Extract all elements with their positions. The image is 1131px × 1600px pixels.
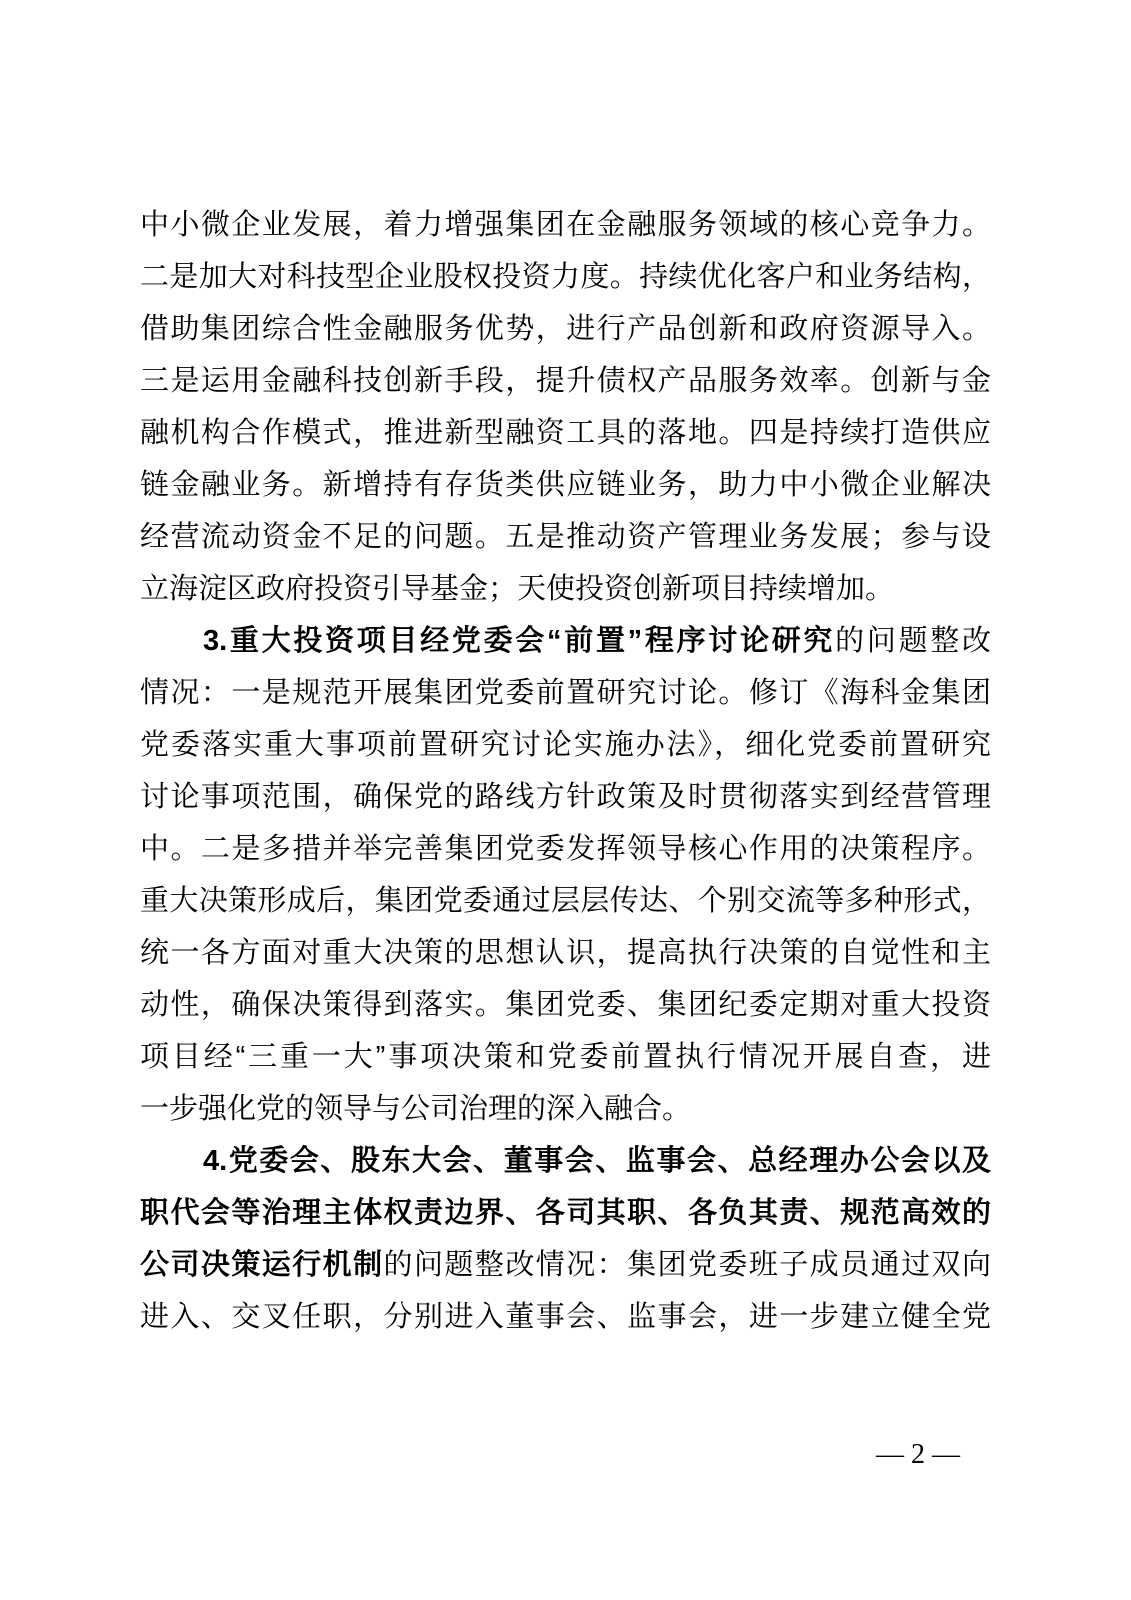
text-segment: 项目经“三重一大”事项决策和党委前置执行情况开展自查，进 [140,1041,991,1073]
section-heading-text: 3.重大投资项目经党委会“前置”程序讨论研究 [203,625,835,657]
text-segment: 进入、交叉任职，分别进入董事会、监事会，进一步建立健全党 [140,1301,991,1333]
body-text-line: 4.党委会、股东大会、董事会、监事会、总经理办公会以及 [140,1135,991,1187]
body-text-line: 职代会等治理主体权责边界、各司其职、各负其责、规范高效的 [140,1187,991,1239]
body-text-line: 经营流动资金不足的问题。五是推动资产管理业务发展；参与设 [140,511,991,563]
text-segment: 重大决策形成后，集团党委通过层层传达、个别交流等多种形式， [140,885,991,917]
text-segment: 统一各方面对重大决策的思想认识，提高执行决策的自觉性和主 [140,937,991,969]
text-segment: 的问题整改情况：集团党委班子成员通过双向 [384,1249,991,1281]
body-text-line: 一步强化党的领导与公司治理的深入融合。 [140,1083,991,1135]
document-page: 中小微企业发展，着力增强集团在金融服务领域的核心竞争力。 二是加大对科技型企业股… [0,0,1131,1600]
body-text-line: 公司决策运行机制的问题整改情况：集团党委班子成员通过双向 [140,1239,991,1291]
text-segment: 中小微企业发展，着力增强集团在金融服务领域的核心竞争力。 [140,209,991,241]
text-segment: 三是运用金融科技创新手段，提升债权产品服务效率。创新与金 [140,365,991,397]
body-text-line: 二是加大对科技型企业股权投资力度。持续优化客户和业务结构， [140,251,991,303]
text-segment: 讨论事项范围，确保党的路线方针政策及时贯彻落实到经营管理 [140,781,991,813]
body-text-line: 3.重大投资项目经党委会“前置”程序讨论研究的问题整改 [140,615,991,667]
text-segment: 立海淀区政府投资引导基金；天使投资创新项目持续增加。 [140,573,894,605]
text-segment: 一步强化党的领导与公司治理的深入融合。 [140,1093,691,1125]
text-segment: 链金融业务。新增持有存货类供应链业务，助力中小微企业解决 [140,469,991,501]
body-text-line: 项目经“三重一大”事项决策和党委前置执行情况开展自查，进 [140,1031,991,1083]
body-text-line: 进入、交叉任职，分别进入董事会、监事会，进一步建立健全党 [140,1291,991,1343]
text-segment: 中。二是多措并举完善集团党委发挥领导核心作用的决策程序。 [140,833,991,865]
text-segment: 融机构合作模式，推进新型融资工具的落地。四是持续打造供应 [140,417,991,449]
text-content: 中小微企业发展，着力增强集团在金融服务领域的核心竞争力。 二是加大对科技型企业股… [140,199,991,1343]
body-text-line: 重大决策形成后，集团党委通过层层传达、个别交流等多种形式， [140,875,991,927]
body-text-line: 融机构合作模式，推进新型融资工具的落地。四是持续打造供应 [140,407,991,459]
body-text-line: 中小微企业发展，着力增强集团在金融服务领域的核心竞争力。 [140,199,991,251]
body-text-line: 讨论事项范围，确保党的路线方针政策及时贯彻落实到经营管理 [140,771,991,823]
text-segment: 二是加大对科技型企业股权投资力度。持续优化客户和业务结构， [140,261,991,293]
section-heading-text: 职代会等治理主体权责边界、各司其职、各负其责、规范高效的 [140,1197,991,1229]
body-text-line: 链金融业务。新增持有存货类供应链业务，助力中小微企业解决 [140,459,991,511]
body-text-line: 借助集团综合性金融服务优势，进行产品创新和政府资源导入。 [140,303,991,355]
text-segment: 动性，确保决策得到落实。集团党委、集团纪委定期对重大投资 [140,989,991,1021]
body-text-line: 党委落实重大事项前置研究讨论实施办法》，细化党委前置研究 [140,719,991,771]
text-segment: 的问题整改 [835,625,991,657]
text-segment: 借助集团综合性金融服务优势，进行产品创新和政府资源导入。 [140,313,991,345]
body-text-line: 统一各方面对重大决策的思想认识，提高执行决策的自觉性和主 [140,927,991,979]
page-number: — 2 — [0,1438,960,1472]
body-text-line: 立海淀区政府投资引导基金；天使投资创新项目持续增加。 [140,563,991,615]
body-text-line: 中。二是多措并举完善集团党委发挥领导核心作用的决策程序。 [140,823,991,875]
text-segment: 情况：一是规范开展集团党委前置研究讨论。修订《海科金集团 [140,677,991,709]
text-segment: 经营流动资金不足的问题。五是推动资产管理业务发展；参与设 [140,521,991,553]
body-text-line: 动性，确保决策得到落实。集团党委、集团纪委定期对重大投资 [140,979,991,1031]
section-heading-text: 公司决策运行机制 [140,1249,384,1281]
body-text-line: 情况：一是规范开展集团党委前置研究讨论。修订《海科金集团 [140,667,991,719]
section-heading-text: 4.党委会、股东大会、董事会、监事会、总经理办公会以及 [203,1145,991,1177]
body-text-line: 三是运用金融科技创新手段，提升债权产品服务效率。创新与金 [140,355,991,407]
text-segment: 党委落实重大事项前置研究讨论实施办法》，细化党委前置研究 [140,729,991,761]
